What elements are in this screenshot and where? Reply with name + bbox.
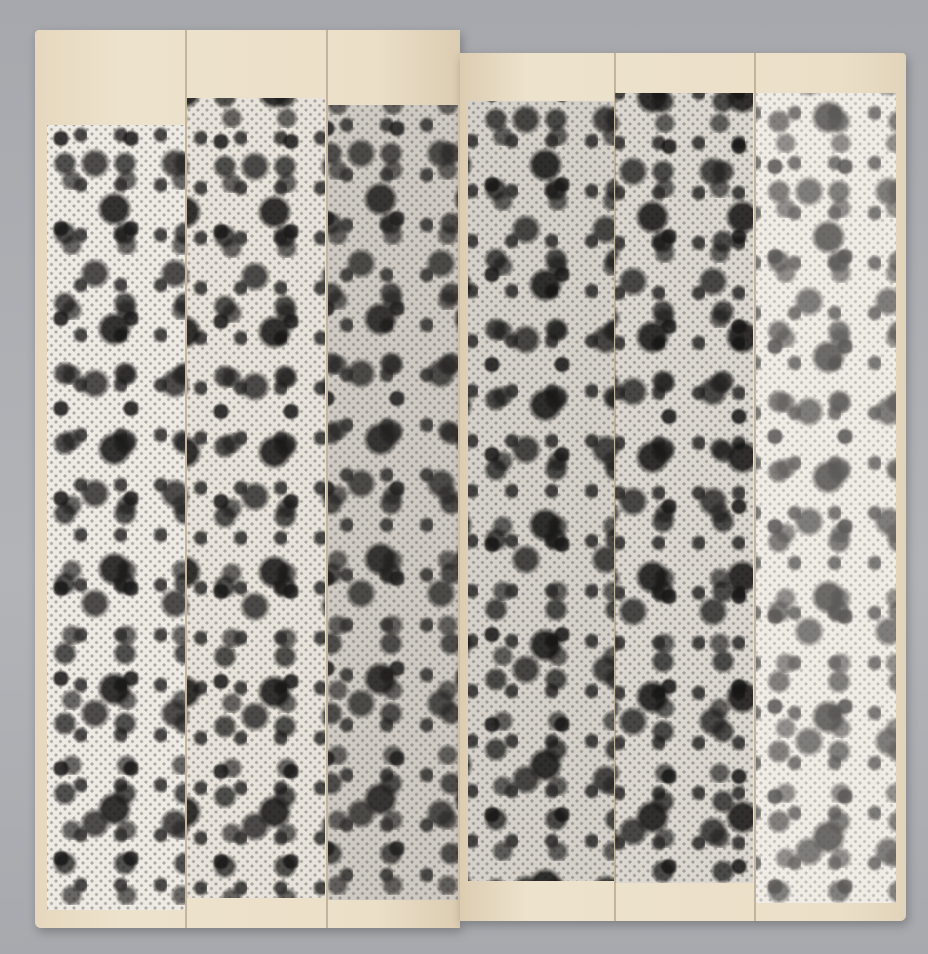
rubbing-strip-right-2 [615,93,753,883]
rubbing-strip-right-1 [468,101,614,881]
rubbing-strip-right-3 [756,93,896,903]
fold-line [185,30,187,928]
rubbing-strip-left-3 [328,105,458,900]
left-page [35,30,460,928]
rubbing-strip-left-2 [187,98,325,898]
rubbing-strip-left-1 [47,125,185,910]
fold-line [754,53,756,921]
fold-line [614,53,616,921]
fold-line [326,30,328,928]
right-page [460,53,906,921]
